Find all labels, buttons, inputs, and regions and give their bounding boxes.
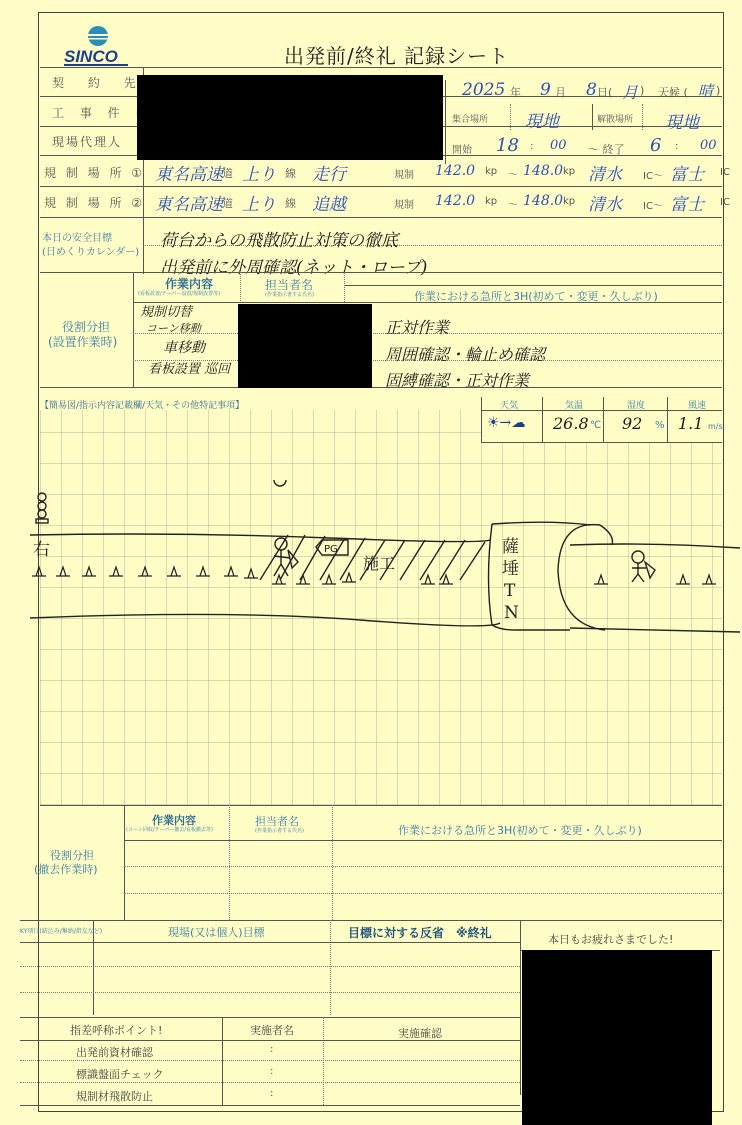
- redacted-contractor-project-agent: [137, 75, 443, 160]
- humidity-header: 湿度: [627, 398, 645, 411]
- tunnel-text: 薩埵TN: [502, 537, 519, 623]
- dismissal-place-value: 現地: [665, 108, 699, 133]
- regulation-1-label: 規 制 場 所 ①: [44, 164, 145, 181]
- setup-task-2: コーン移動: [146, 320, 201, 336]
- site-agent-label: 現場代理人: [52, 133, 122, 150]
- setup-task-3: 車移動: [163, 337, 205, 357]
- regulation-2-kp-from: 142.0: [435, 193, 475, 209]
- pointing-item-2: 標識盤面チェック: [76, 1066, 164, 1082]
- wind-speed-header: 風速: [688, 398, 706, 411]
- svg-text:SINCO: SINCO: [64, 47, 118, 66]
- meeting-place-value: 現地: [525, 107, 559, 132]
- wind-speed-value: 1.1: [678, 414, 703, 433]
- regulation-1-lane: 走行: [312, 160, 346, 185]
- regulation-1-direction: 上り: [242, 160, 276, 185]
- safety-goal-line-1: 荷台からの飛散防止対策の徹底: [160, 226, 398, 251]
- date-month: 9: [540, 80, 551, 100]
- end-label: 〜 終了: [588, 141, 625, 157]
- start-label: 開始: [452, 141, 472, 156]
- date-day: 8: [586, 80, 597, 100]
- humidity-value: 92: [622, 414, 642, 433]
- regulation-2-lane: 追越: [312, 190, 346, 215]
- pointing-item-3: 規制材飛散防止: [76, 1088, 153, 1104]
- diagram-label: 【簡易図/指示内容記載欄/天気・その他特記事項】: [40, 398, 244, 411]
- pg-sign-text: PG: [324, 544, 338, 555]
- execution-check-header: 実施確認: [398, 1025, 442, 1041]
- reflection-label: 目標に対する反省 ※終礼: [348, 924, 492, 941]
- regulation-2-ic-to: 富士: [670, 190, 704, 215]
- regulation-1-ic-to: 富士: [670, 160, 704, 185]
- redacted-signature-area: [522, 950, 712, 1125]
- end-hour: 6: [650, 135, 661, 156]
- executor-name-header: 実施者名: [250, 1022, 294, 1038]
- setup-task-4: 看板設置 巡回: [148, 358, 230, 377]
- regulation-2-road: 東名高速: [155, 190, 223, 215]
- site-goal-label: 現場(又は個人)目標: [168, 924, 265, 940]
- weather-header: 天気: [500, 398, 518, 411]
- regulation-2-ic-from: 清水: [588, 190, 622, 215]
- regulation-1-kp-from: 142.0: [435, 163, 475, 179]
- regulation-2-kp-to: 148.0: [523, 193, 563, 209]
- direction-text: 右: [33, 540, 50, 560]
- regulation-1-kp-to: 148.0: [523, 163, 563, 179]
- temperature-value: 26.8: [553, 414, 589, 433]
- removal-hazard-header: 作業における急所と3H(初めて・変更・久しぶり): [398, 822, 642, 838]
- weather-value: 晴: [698, 80, 713, 101]
- end-minute: 00: [700, 138, 717, 153]
- start-hour: 18: [496, 135, 519, 156]
- regulation-2-label: 規 制 場 所 ②: [44, 194, 145, 211]
- setup-hazard-header: 作業における急所と3H(初めて・変更・久しぶり): [414, 288, 658, 304]
- pointing-header: 指差呼称ポイント!: [70, 1022, 162, 1038]
- road-sketch-diagram: PG 施工 右 薩埵TN: [30, 480, 742, 640]
- pointing-item-1: 出発前資材確認: [76, 1044, 153, 1060]
- thanks-label: 本日もお疲れさまでした!: [548, 931, 673, 947]
- regulation-2-direction: 上り: [242, 190, 276, 215]
- page-title: 出発前/終礼 記録シート: [284, 40, 509, 69]
- date-weekday: 月: [622, 80, 638, 103]
- date-year: 2025: [462, 80, 505, 100]
- meeting-place-label: 集合場所: [452, 112, 488, 125]
- regulation-1-road: 東名高速: [155, 160, 223, 185]
- setup-task-1: 規制切替: [140, 301, 192, 320]
- work-area-text: 施工: [363, 554, 395, 573]
- dismissal-place-label: 解散場所: [597, 112, 633, 125]
- start-minute: 00: [550, 138, 567, 153]
- weather-symbol: ☀→☁: [487, 415, 525, 431]
- regulation-1-ic-from: 清水: [588, 160, 622, 185]
- ky-label: KY项目(結込み/集納/指友など): [20, 926, 102, 935]
- sinco-logo-icon: SINCO: [62, 24, 134, 68]
- contractor-label: 契 約 先: [52, 74, 146, 91]
- setup-hazard-2: 周囲確認・輪止め確認: [385, 342, 545, 365]
- redacted-person-names: [238, 304, 372, 388]
- setup-hazard-1: 正対作業: [385, 315, 449, 338]
- setup-hazard-3: 固縛確認・正対作業: [385, 368, 529, 391]
- temperature-header: 気温: [565, 398, 583, 411]
- safety-goal-label: 本日の安全目標: [42, 229, 112, 244]
